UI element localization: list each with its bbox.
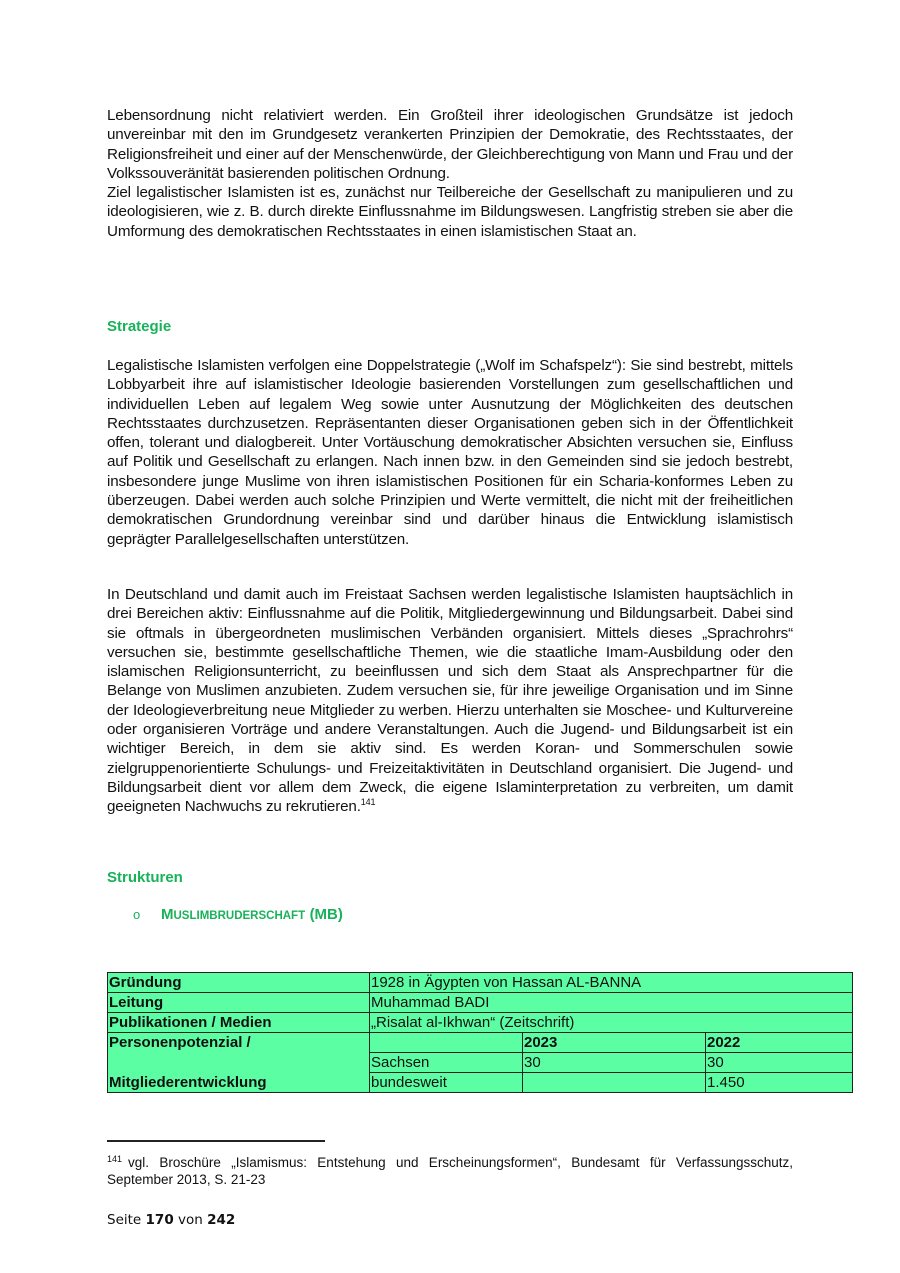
strategie-paragraph-2: In Deutschland und damit auch im Freista… xyxy=(107,585,793,817)
value-cell xyxy=(523,1073,706,1093)
current-page: 170 xyxy=(146,1212,174,1228)
footnote-reference[interactable]: 141 xyxy=(361,797,376,807)
strategie-paragraph-1: Legalistische Islamisten verfolgen eine … xyxy=(107,356,793,549)
region-label: bundesweit xyxy=(370,1073,523,1093)
personen-label: Personenpotenzial / Mitgliederentwicklun… xyxy=(108,1033,370,1093)
page-number: Seite 170 von 242 xyxy=(107,1212,235,1228)
table-row: Personenpotenzial / Mitgliederentwicklun… xyxy=(108,1033,853,1053)
row-label: Publikationen / Medien xyxy=(108,1013,370,1033)
row-value: Muhammad BADI xyxy=(370,993,853,1013)
row-value: „Risalat al-Ikhwan“ (Zeitschrift) xyxy=(370,1013,853,1033)
year-header: 2023 xyxy=(523,1033,706,1053)
footnote-text: vgl. Broschüre „Islamismus: Entstehung u… xyxy=(107,1155,793,1187)
region-label: Sachsen xyxy=(370,1053,523,1073)
bullet-circle-icon: o xyxy=(133,907,161,922)
intro-section: Lebensordnung nicht relativiert werden. … xyxy=(107,106,793,241)
footnote-number: 141 xyxy=(107,1151,128,1168)
value-cell: 30 xyxy=(706,1053,853,1073)
table-row: Leitung Muhammad BADI xyxy=(108,993,853,1013)
document-page: Lebensordnung nicht relativiert werden. … xyxy=(0,0,900,1273)
org-subheading: o MUSLIMBRUDERSCHAFT (MB) xyxy=(133,906,343,924)
table-row: Publikationen / Medien „Risalat al-Ikhwa… xyxy=(108,1013,853,1033)
row-value: 1928 in Ägypten von Hassan AL-BANNA xyxy=(370,973,853,993)
intro-paragraph: Lebensordnung nicht relativiert werden. … xyxy=(107,106,793,183)
total-pages: 242 xyxy=(207,1212,235,1228)
value-cell: 30 xyxy=(523,1053,706,1073)
footnote-divider xyxy=(107,1140,325,1142)
table-row: Gründung 1928 in Ägypten von Hassan AL-B… xyxy=(108,973,853,993)
row-label: Leitung xyxy=(108,993,370,1013)
intro-paragraph-2: Ziel legalistischer Islamisten ist es, z… xyxy=(107,183,793,241)
section-heading-strukturen: Strukturen xyxy=(107,869,183,886)
value-cell: 1.450 xyxy=(706,1073,853,1093)
year-header: 2022 xyxy=(706,1033,853,1053)
org-info-table: Gründung 1928 in Ägypten von Hassan AL-B… xyxy=(107,972,853,1093)
row-label: Gründung xyxy=(108,973,370,993)
empty-header-cell xyxy=(370,1033,523,1053)
section-heading-strategie: Strategie xyxy=(107,318,171,335)
footnote: 141vgl. Broschüre „Islamismus: Entstehun… xyxy=(107,1151,793,1188)
